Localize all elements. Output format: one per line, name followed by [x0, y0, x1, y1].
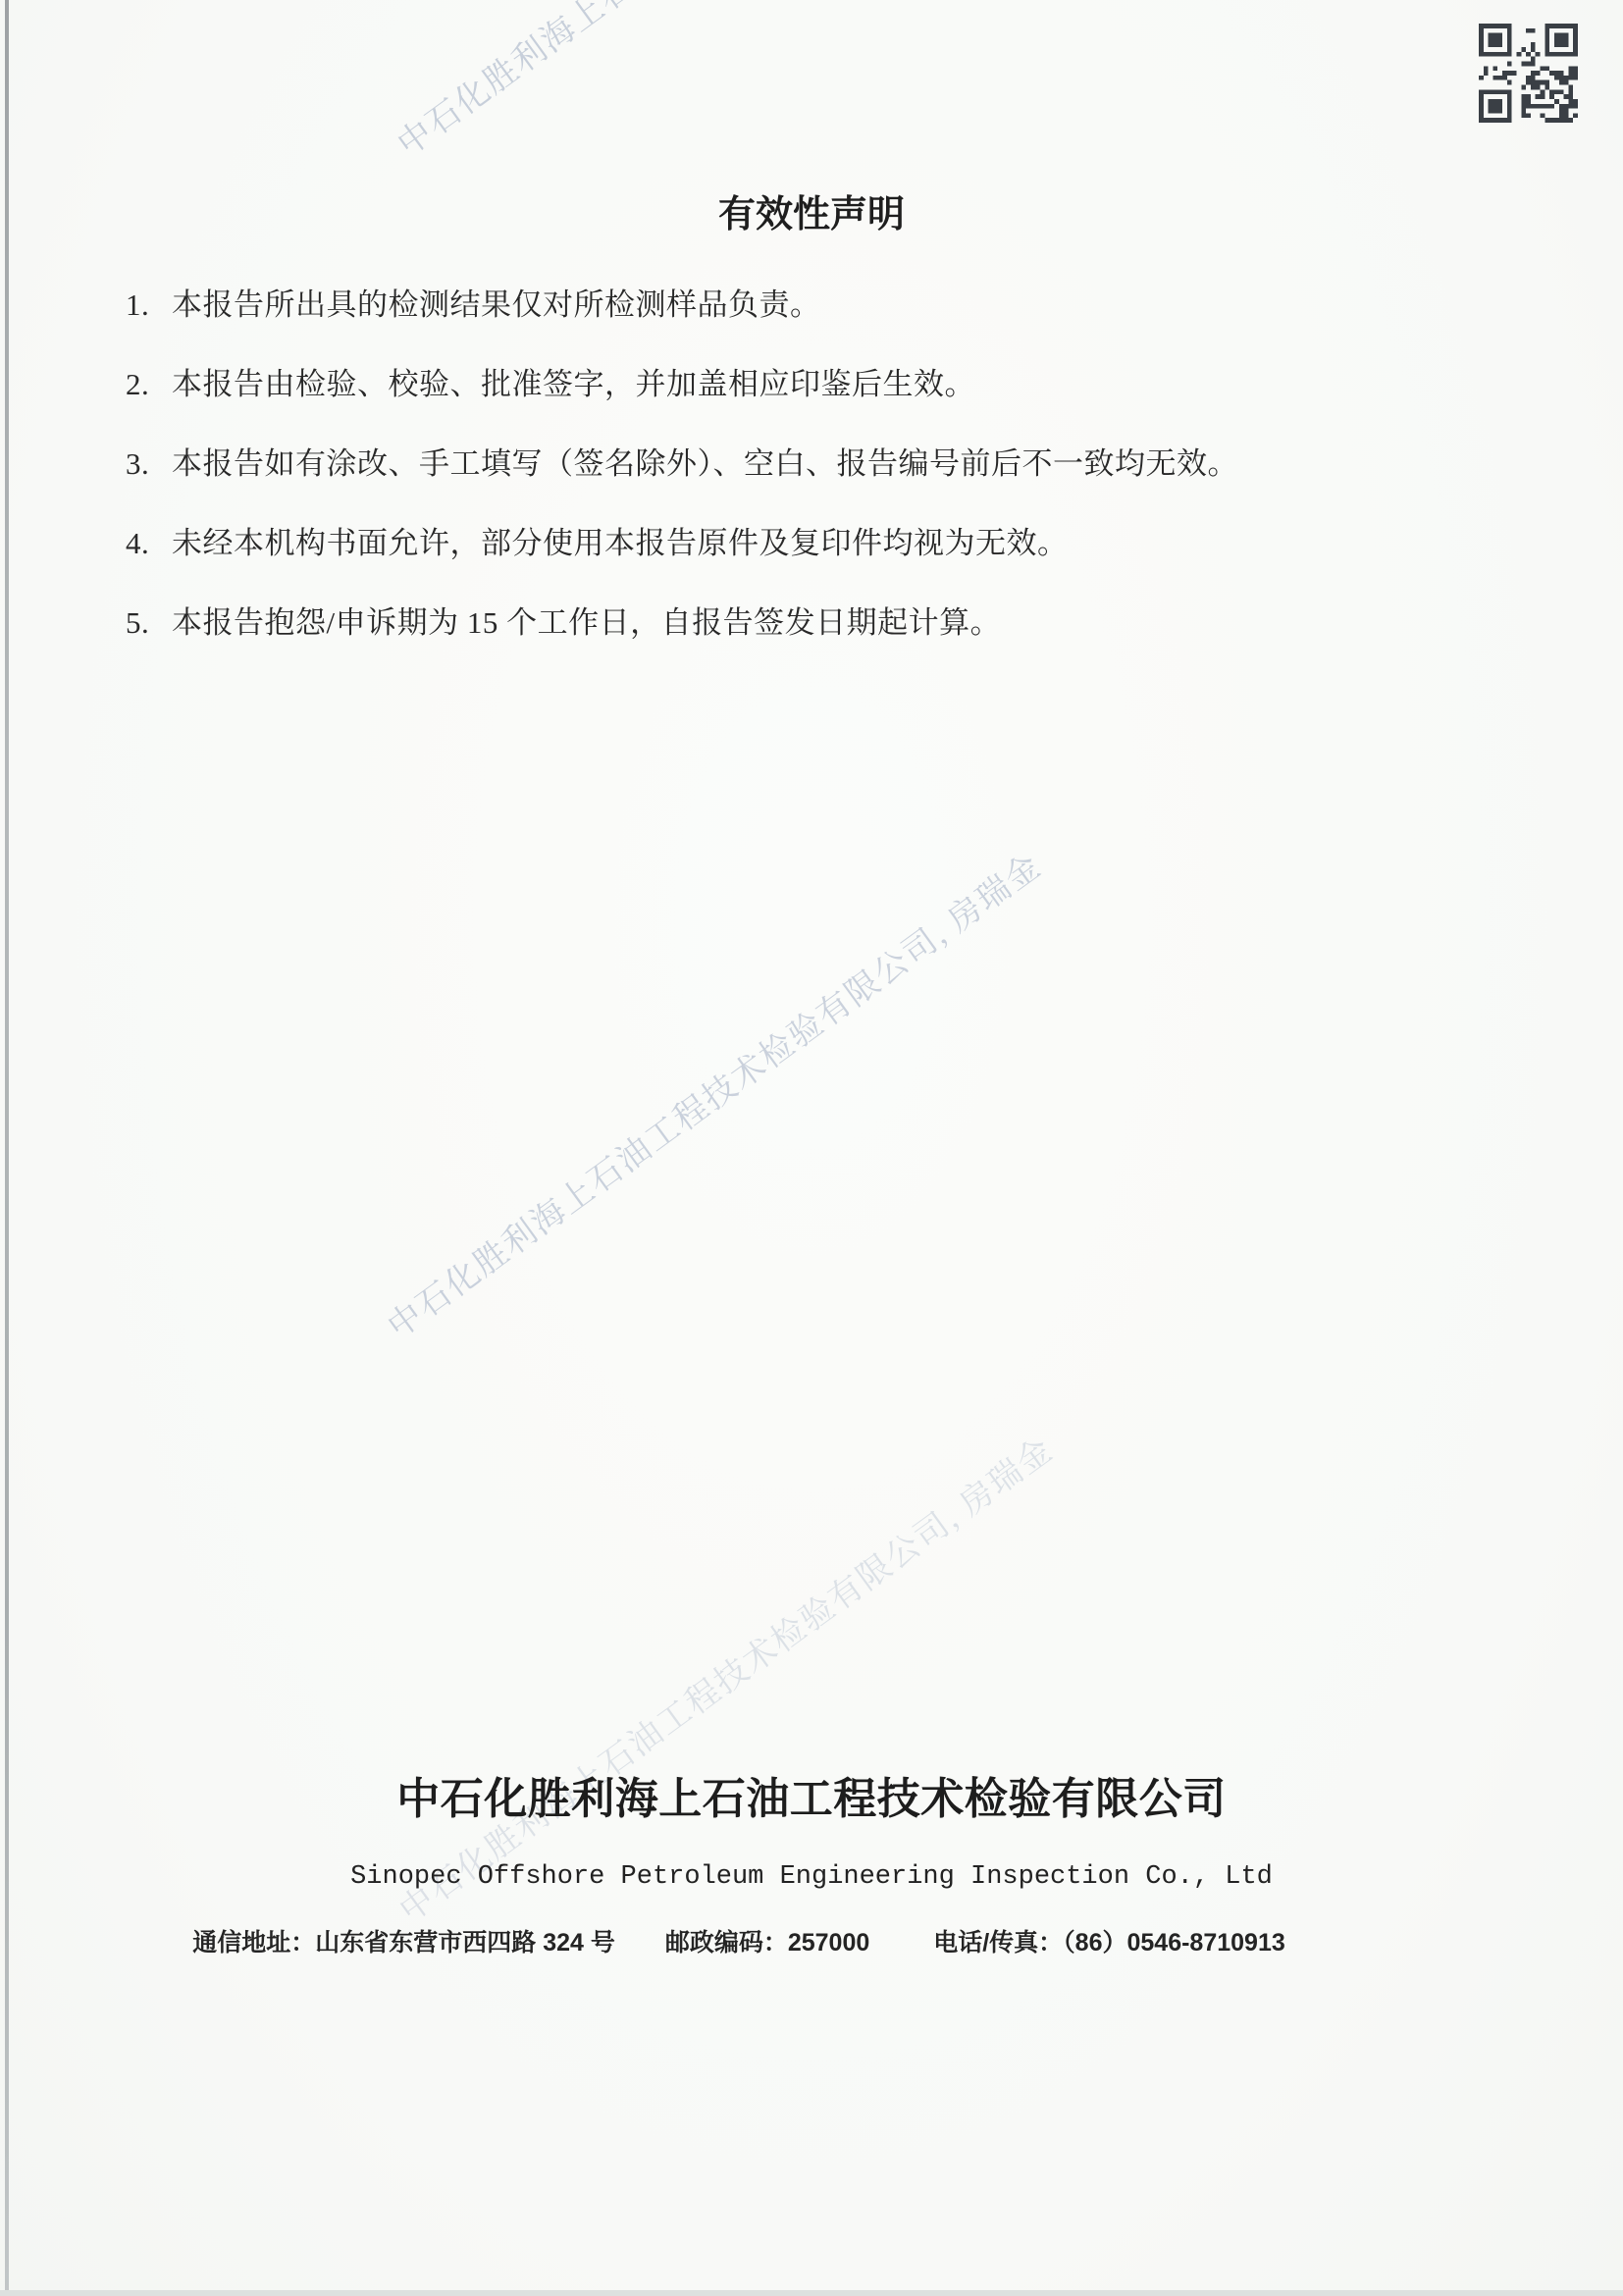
- statement-text: 本报告由检验、校验、批准签字，并加盖相应印鉴后生效。: [172, 366, 975, 403]
- statement-number: 1.: [126, 287, 172, 324]
- scan-edge-bottom: [0, 2290, 1623, 2296]
- statement-text: 本报告如有涂改、手工填写（签名除外）、空白、报告编号前后不一致均无效。: [172, 445, 1238, 483]
- statement-item: 5. 本报告抱怨/申诉期为 15 个工作日，自报告签发日期起计算。: [126, 604, 1460, 642]
- statement-item: 4. 未经本机构书面允许，部分使用本报告原件及复印件均视为无效。: [126, 525, 1460, 562]
- contact-line: 通信地址：山东省东营市西四路 324 号 邮政编码：257000 电话/传真：（…: [0, 1925, 1623, 1960]
- address-label: 通信地址：: [192, 1929, 315, 1957]
- contact-address: 通信地址：山东省东营市西四路 324 号: [192, 1929, 615, 1957]
- phone-label: 电话/传真：: [933, 1929, 1063, 1957]
- contact-phone: 电话/传真：（86）0546-8710913: [933, 1929, 1285, 1957]
- statement-number: 2.: [126, 366, 172, 403]
- page-title: 有效性声明: [0, 193, 1623, 236]
- statement-item: 3. 本报告如有涂改、手工填写（签名除外）、空白、报告编号前后不一致均无效。: [126, 445, 1460, 483]
- address-value: 山东省东营市西四路 324 号: [315, 1929, 615, 1957]
- postcode-value: 257000: [788, 1929, 869, 1957]
- watermark-bottom: 中石化胜利海上石油工程技术检验有限公司, 房瑞金: [393, 1431, 1061, 1931]
- phone-value: （86）0546-8710913: [1063, 1929, 1285, 1957]
- statement-number: 5.: [126, 604, 172, 642]
- qr-code: [1479, 24, 1578, 123]
- statement-text: 未经本机构书面允许，部分使用本报告原件及复印件均视为无效。: [172, 525, 1069, 562]
- statement-item: 1. 本报告所出具的检测结果仅对所检测样品负责。: [126, 287, 1460, 324]
- postcode-label: 邮政编码：: [665, 1929, 788, 1957]
- statement-number: 3.: [126, 445, 172, 483]
- statement-item: 2. 本报告由检验、校验、批准签字，并加盖相应印鉴后生效。: [126, 366, 1460, 403]
- contact-postcode: 邮政编码：257000: [665, 1929, 869, 1957]
- company-name-en: Sinopec Offshore Petroleum Engineering I…: [0, 1858, 1623, 1896]
- watermark-top: 中石化胜利海上石油工程技术检验有限公司, 房瑞金: [391, 0, 1059, 165]
- watermark-middle: 中石化胜利海上石油工程技术检验有限公司, 房瑞金: [381, 847, 1049, 1347]
- company-name-cn: 中石化胜利海上石油工程技术检验有限公司: [0, 1774, 1623, 1825]
- statement-text: 本报告所出具的检测结果仅对所检测样品负责。: [172, 287, 821, 324]
- statement-list: 1. 本报告所出具的检测结果仅对所检测样品负责。 2. 本报告由检验、校验、批准…: [126, 287, 1460, 684]
- statement-number: 4.: [126, 525, 172, 562]
- scanned-report-page: 中石化胜利海上石油工程技术检验有限公司, 房瑞金 中石化胜利海上石油工程技术检验…: [0, 0, 1623, 2296]
- qr-code-pattern: [1479, 24, 1578, 123]
- statement-text: 本报告抱怨/申诉期为 15 个工作日，自报告签发日期起计算。: [172, 604, 1001, 642]
